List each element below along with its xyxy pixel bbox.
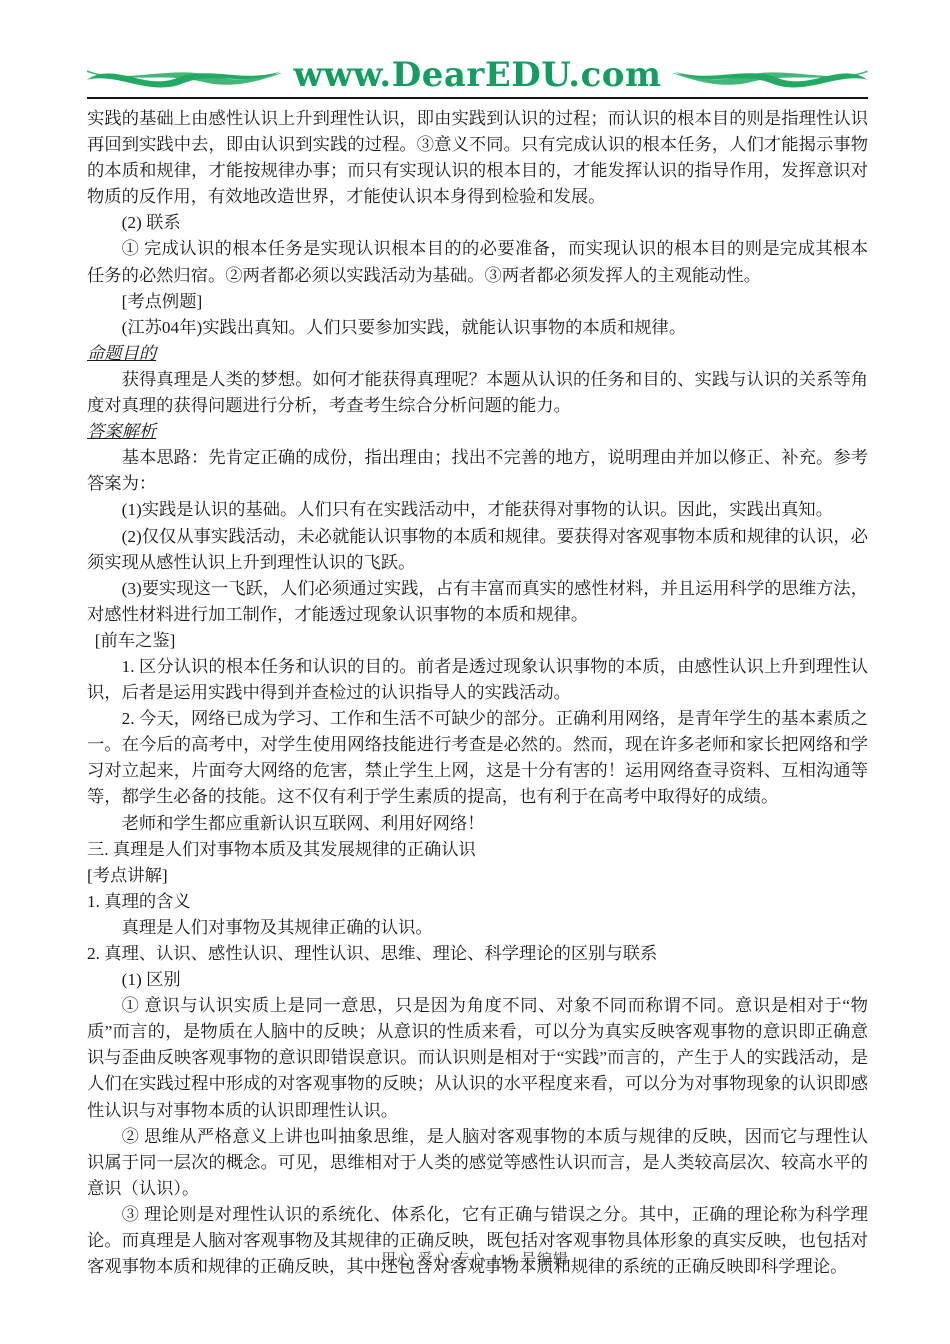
lesson-learned-heading: [前车之鉴] <box>87 628 868 654</box>
logo-wave-right-icon <box>671 59 868 91</box>
text-paragraph: 基本思路：先肯定正确的成份，指出理由；找出不完善的地方，说明理由并加以修正、补充… <box>87 445 868 497</box>
answer-analysis-heading: 答案解析 <box>87 419 868 445</box>
text-paragraph: ① 意识与认识实质上是同一意思，只是因为角度不同、对象不同而称谓不同。意识是相对… <box>87 993 868 1123</box>
text-paragraph: ① 完成认识的根本任务是实现认识根本目的的必要准备，而实现认识的根本目的则是完成… <box>87 236 868 288</box>
difference-subheading: (1) 区别 <box>87 967 868 993</box>
logo-wave-left-icon <box>87 59 284 91</box>
header-banner: www.DearEDU.com <box>87 54 868 96</box>
logo-text: www.DearEDU.com <box>294 58 662 92</box>
section-three-heading: 三. 真理是人们对事物本质及其发展规律的正确认识 <box>87 837 868 863</box>
key-points-heading: [考点讲解] <box>87 863 868 889</box>
document-body: 实践的基础上由感性认识上升到理性认识，即由实践到认识的过程；而认识的根本目的则是… <box>87 106 868 1280</box>
text-paragraph: 老师和学生都应重新认识互联网、利用好网络！ <box>87 811 868 837</box>
text-paragraph: (1)实践是认识的基础。人们只有在实践活动中，才能获得对事物的认识。因此，实践出… <box>87 497 868 523</box>
text-paragraph: (3)要实现这一飞跃，人们必须通过实践，占有丰富而真实的感性材料，并且运用科学的… <box>87 576 868 628</box>
text-paragraph: 获得真理是人类的梦想。如何才能获得真理呢？本题从认识的任务和目的、实践与认识的关… <box>87 367 868 419</box>
truth-meaning-heading: 1. 真理的含义 <box>87 889 868 915</box>
relation-subheading: (2) 联系 <box>87 210 868 236</box>
text-paragraph: ② 思维从严格意义上讲也叫抽象思维，是人脑对客观事物的本质与规律的反映，因而它与… <box>87 1124 868 1202</box>
distinction-heading: 2. 真理、认识、感性认识、理性认识、思维、理论、科学理论的区别与联系 <box>87 941 868 967</box>
question-purpose-heading: 命题目的 <box>87 341 868 367</box>
text-paragraph: 2. 今天，网络已成为学习、工作和生活不可缺少的部分。正确利用网络，是青年学生的… <box>87 706 868 810</box>
continued-paragraph: 实践的基础上由感性认识上升到理性认识，即由实践到认识的过程；而认识的根本目的则是… <box>87 106 868 210</box>
page-footer-editor-note: 用心 爱心 专心 116 号编辑 <box>0 1248 950 1269</box>
text-paragraph: 真理是人们对事物及其规律正确的认识。 <box>87 915 868 941</box>
document-page: www.DearEDU.com 实践的基础上由感性认识上升到理性认识，即由实践到… <box>0 0 950 1344</box>
header-divider <box>87 97 868 99</box>
exam-example-heading: [考点例题] <box>87 289 868 315</box>
text-paragraph: (2)仅仅从事实践活动，未必就能认识事物的本质和规律。要获得对客观事物本质和规律… <box>87 524 868 576</box>
exam-question-line: (江苏04年)实践出真知。人们只要参加实践，就能认识事物的本质和规律。 <box>87 315 868 341</box>
text-paragraph: 1. 区分认识的根本任务和认识的目的。前者是透过现象认识事物的本质，由感性认识上… <box>87 654 868 706</box>
